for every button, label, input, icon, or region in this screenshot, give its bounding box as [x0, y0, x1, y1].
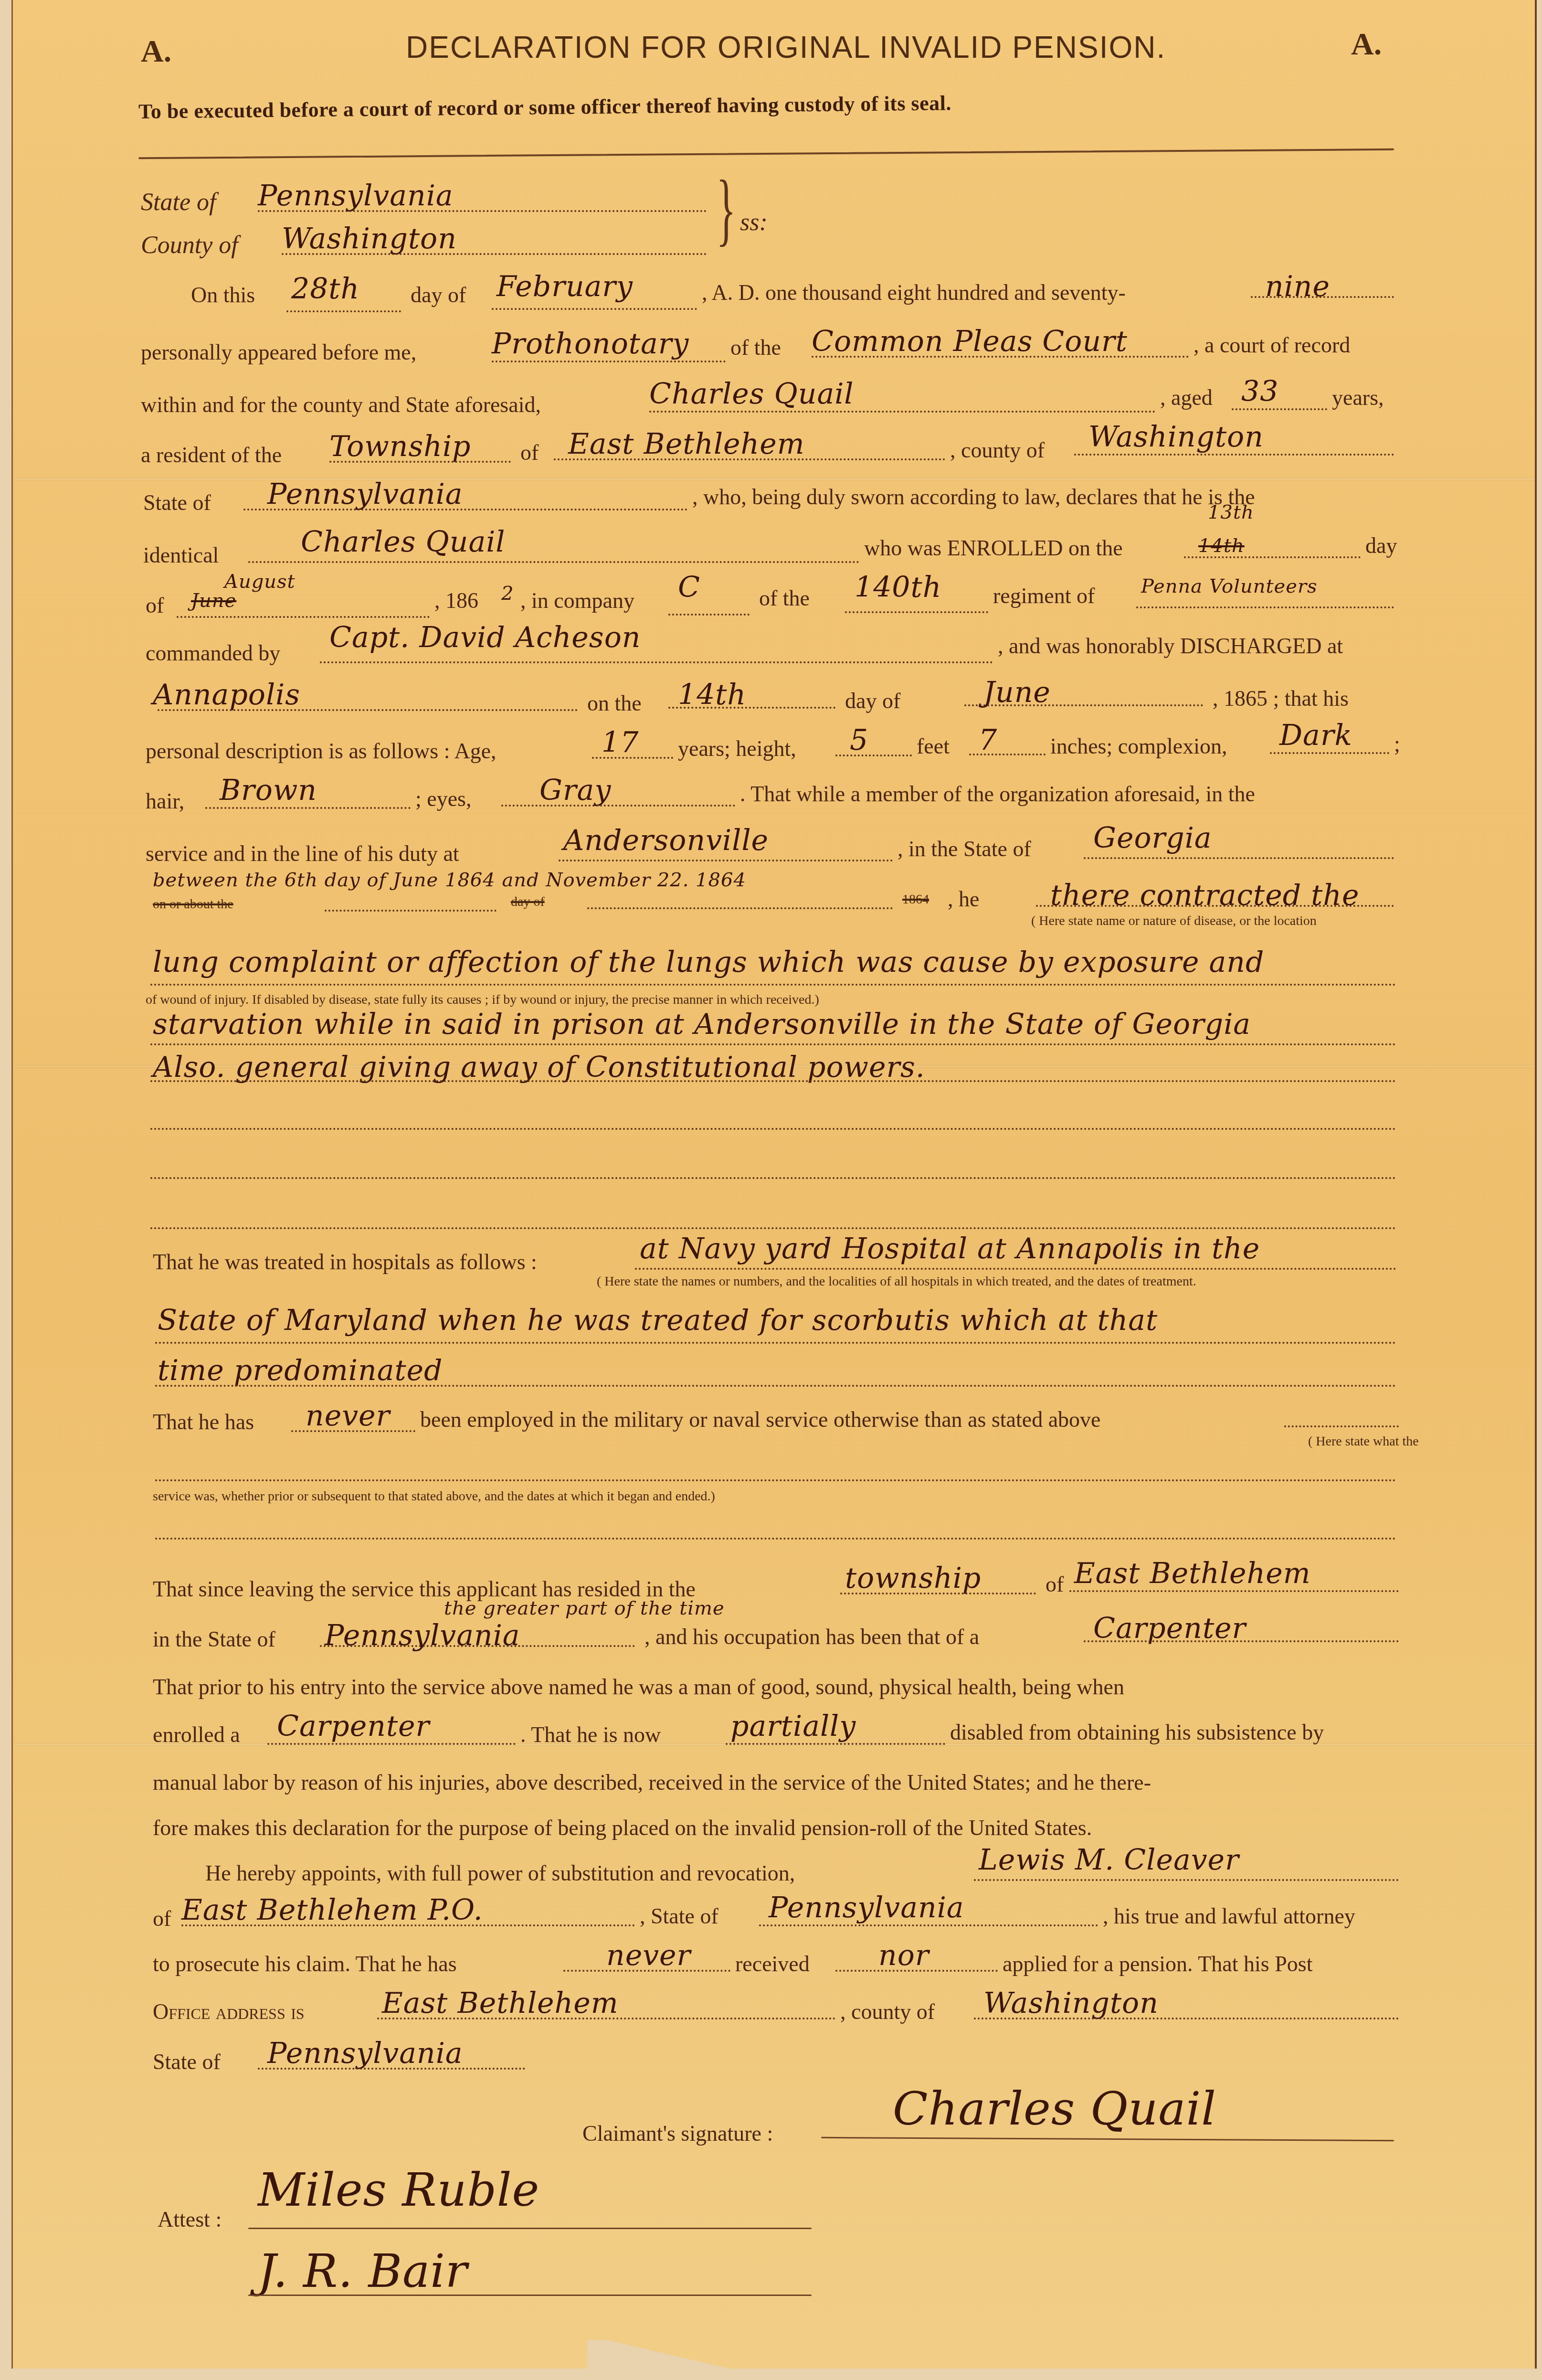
- hair-label: hair,: [146, 790, 184, 812]
- hospitals-label: That he was treated in hospitals as foll…: [153, 1251, 537, 1273]
- day-of-label: day of: [411, 284, 466, 306]
- venue-state-field[interactable]: Pennsylvania: [258, 179, 454, 212]
- year-field[interactable]: nine: [1265, 270, 1330, 303]
- attorney-state-field[interactable]: Pennsylvania: [769, 1891, 964, 1924]
- field-line: [258, 210, 707, 212]
- venue-county-label: County of: [141, 233, 238, 258]
- witness-1-signature[interactable]: Miles Ruble: [258, 2163, 539, 2217]
- interlineation[interactable]: the greater part of the time: [444, 1597, 725, 1619]
- attorney-place-field[interactable]: East Bethlehem P.O.: [181, 1893, 483, 1927]
- month-field[interactable]: February: [496, 270, 633, 303]
- enrolled-month-field[interactable]: August: [224, 571, 296, 593]
- duty-state-field[interactable]: Georgia: [1093, 821, 1212, 855]
- enrolled-year-digit[interactable]: 2: [501, 583, 514, 605]
- witness-1-line: [248, 2228, 812, 2229]
- age-field[interactable]: 33: [1241, 375, 1278, 408]
- semicolon: ;: [1394, 733, 1400, 755]
- officer-field[interactable]: Prothonotary: [492, 327, 689, 361]
- enrolled-day-field[interactable]: 13th: [1208, 501, 1254, 523]
- of-the-label: of the: [730, 337, 781, 359]
- enrolled-occupation-field[interactable]: Carpenter: [277, 1710, 430, 1743]
- hint-disease: ( Here state name or nature of disease, …: [1031, 914, 1317, 928]
- duty-place-field[interactable]: Andersonville: [563, 824, 769, 857]
- service-dates-field[interactable]: between the 6th day of June 1864 and Nov…: [153, 869, 746, 891]
- within-label: within and for the county and State afor…: [141, 394, 541, 416]
- disabled-text: disabled from obtaining his subsistence …: [950, 1721, 1324, 1743]
- on-the-label: on the: [587, 692, 642, 714]
- form-letter-left: A.: [141, 33, 171, 70]
- enrolled-text: who was ENROLLED on the: [864, 537, 1123, 559]
- desc-inches-field[interactable]: 7: [979, 723, 997, 757]
- attorney-name-field[interactable]: Lewis M. Cleaver: [979, 1843, 1239, 1877]
- since-state-field[interactable]: Pennsylvania: [325, 1619, 520, 1652]
- desc-feet-field[interactable]: 5: [850, 723, 868, 757]
- commanded-by-label: commanded by: [146, 642, 280, 664]
- desc-eyes-field[interactable]: Gray: [539, 774, 611, 807]
- description-text: personal description is as follows : Age…: [146, 740, 496, 762]
- year-prefix: , 186: [434, 590, 478, 612]
- post-county-field[interactable]: Washington: [983, 1987, 1159, 2020]
- regiment-field[interactable]: 140th: [855, 571, 941, 604]
- other-service-prefix: That he has: [153, 1411, 254, 1433]
- witness-2-signature[interactable]: J. R. Bair: [258, 2244, 468, 2298]
- hospitals-line-3[interactable]: time predominated: [158, 1354, 443, 1387]
- disease-line-3[interactable]: Also. general giving away of Constitutio…: [153, 1051, 925, 1084]
- county-of-label: , county of: [950, 439, 1045, 461]
- sworn-text: , who, being duly sworn according to law…: [692, 486, 1255, 508]
- prior-text: That prior to his entry into the service…: [153, 1676, 1124, 1698]
- post-office-field[interactable]: East Bethlehem: [382, 1987, 619, 2020]
- witness-2-line: [248, 2295, 812, 2296]
- field-line: [282, 253, 707, 255]
- residence-state-field[interactable]: Pennsylvania: [267, 478, 463, 511]
- since-in-state-of: in the State of: [153, 1628, 275, 1650]
- disability-degree-field[interactable]: partially: [730, 1710, 856, 1743]
- hint-hospitals: ( Here state the names or numbers, and t…: [597, 1275, 1196, 1288]
- court-of-record-label: , a court of record: [1193, 334, 1350, 356]
- venue-state-label: State of: [141, 190, 216, 215]
- on-or-about-struck: on or about the: [153, 898, 233, 911]
- member-text: . That while a member of the organizatio…: [740, 783, 1255, 805]
- court-field[interactable]: Common Pleas Court: [812, 325, 1128, 358]
- hint-wound: of wound of injury. If disabled by disea…: [146, 993, 819, 1007]
- year-1864-struck: 1864: [902, 893, 929, 906]
- applied-field[interactable]: nor: [878, 1939, 929, 1972]
- enrolled-month-struck: June: [191, 590, 236, 612]
- desc-complexion-field[interactable]: Dark: [1279, 719, 1352, 752]
- document-title: DECLARATION FOR ORIGINAL INVALID PENSION…: [406, 30, 1166, 65]
- lawful-text: , his true and lawful attorney: [1103, 1905, 1355, 1927]
- enrolled-a-label: enrolled a: [153, 1724, 240, 1746]
- service-line-text: service and in the line of his duty at: [146, 843, 459, 865]
- ss-label: ss:: [740, 210, 768, 235]
- day-field[interactable]: 28th: [291, 272, 359, 306]
- venue-county-field[interactable]: Washington: [282, 222, 457, 255]
- identical-label: identical: [143, 544, 219, 566]
- hint-other-service-a: ( Here state what the: [1308, 1435, 1419, 1448]
- applied-text: applied for a pension. That his Post: [1003, 1953, 1312, 1975]
- post-county-of-label: , county of: [840, 2001, 935, 2023]
- labor-text: manual labor by reason of his injuries, …: [153, 1772, 1151, 1794]
- day-of-struck: day of: [511, 895, 545, 909]
- on-this-label: On this: [191, 284, 255, 306]
- office-address-label: Office address is: [153, 2001, 305, 2023]
- prosecute-text: to prosecute his claim. That he has: [153, 1953, 457, 1975]
- years-label: years,: [1332, 387, 1384, 409]
- desc-hair-field[interactable]: Brown: [220, 774, 317, 807]
- discharge-place-field[interactable]: Annapolis: [153, 678, 300, 712]
- received-label: received: [735, 1953, 810, 1975]
- of-label-2: of: [146, 595, 164, 616]
- inches-complexion-label: inches; complexion,: [1050, 735, 1227, 757]
- hint-other-service-b: service was, whether prior or subsequent…: [153, 1490, 715, 1503]
- desc-age-field[interactable]: 17: [602, 726, 639, 759]
- residence-type-field[interactable]: Township: [329, 430, 471, 463]
- attest-label: Attest :: [158, 2209, 222, 2231]
- in-company-label: , in company: [520, 590, 634, 612]
- years-height-label: years; height,: [678, 738, 796, 760]
- other-service-field[interactable]: never: [306, 1399, 390, 1433]
- in-state-of-label: , in the State of: [898, 838, 1031, 860]
- now-text: . That he is now: [520, 1724, 661, 1746]
- he-label: , he: [948, 888, 979, 910]
- post-state-label: State of: [153, 2051, 221, 2073]
- regiment-of-label: regiment of: [993, 585, 1095, 607]
- appeared-label: personally appeared before me,: [141, 341, 416, 363]
- contracted-field[interactable]: there contracted the: [1050, 879, 1359, 912]
- aged-label: , aged: [1160, 387, 1213, 409]
- fore-text: fore makes this declaration for the purp…: [153, 1817, 1092, 1839]
- discharge-year-text: , 1865 ; that his: [1213, 688, 1349, 710]
- received-field[interactable]: never: [606, 1939, 691, 1972]
- hospitals-line-1[interactable]: at Navy yard Hospital at Annapolis in th…: [640, 1232, 1260, 1265]
- attorney-state-of-label: , State of: [640, 1905, 718, 1927]
- residence-place-field[interactable]: East Bethlehem: [568, 427, 805, 461]
- of-the-label-2: of the: [759, 587, 810, 609]
- claimant-signature-label: Claimant's signature :: [582, 2123, 773, 2145]
- ad-text: , A. D. one thousand eight hundred and s…: [702, 282, 1126, 304]
- of-label: of: [520, 442, 539, 464]
- discharged-text: , and was honorably DISCHARGED at: [998, 635, 1343, 657]
- disease-line-2[interactable]: starvation while in said in prison at An…: [153, 1008, 1251, 1041]
- company-field[interactable]: C: [678, 571, 700, 604]
- form-letter-right: A.: [1351, 26, 1382, 63]
- resident-label: a resident of the: [141, 444, 282, 466]
- eyes-label: ; eyes,: [415, 788, 472, 810]
- identical-name-field[interactable]: Charles Quail: [301, 525, 506, 559]
- state-of-label: State of: [143, 492, 211, 514]
- since-residence-type-field[interactable]: township: [845, 1562, 981, 1595]
- residence-county-field[interactable]: Washington: [1088, 420, 1264, 454]
- since-place-field[interactable]: East Bethlehem: [1074, 1557, 1311, 1590]
- attorney-of-label: of: [153, 1908, 171, 1930]
- fold-crease: [13, 478, 1535, 480]
- enrolled-day-struck: 14th: [1198, 535, 1245, 557]
- day-of-label-2: day of: [845, 690, 900, 712]
- appoints-text: He hereby appoints, with full power of s…: [205, 1862, 795, 1884]
- brace: }: [716, 162, 736, 255]
- claimant-signature[interactable]: Charles Quail: [893, 2082, 1216, 2136]
- since-of-label: of: [1046, 1573, 1064, 1595]
- regiment-state-field[interactable]: Penna Volunteers: [1141, 575, 1318, 597]
- other-service-text: been employed in the military or naval s…: [420, 1409, 1101, 1431]
- post-state-field[interactable]: Pennsylvania: [267, 2037, 463, 2070]
- hospitals-line-2[interactable]: State of Maryland when he was treated fo…: [158, 1304, 1158, 1337]
- feet-label: feet: [917, 735, 950, 757]
- claimant-name-field[interactable]: Charles Quail: [649, 377, 854, 411]
- occupation-text: , and his occupation has been that of a: [644, 1626, 979, 1648]
- commander-field[interactable]: Capt. David Acheson: [329, 621, 641, 654]
- day-label: day: [1365, 535, 1397, 557]
- disease-line-1[interactable]: lung complaint or affection of the lungs…: [153, 946, 1264, 979]
